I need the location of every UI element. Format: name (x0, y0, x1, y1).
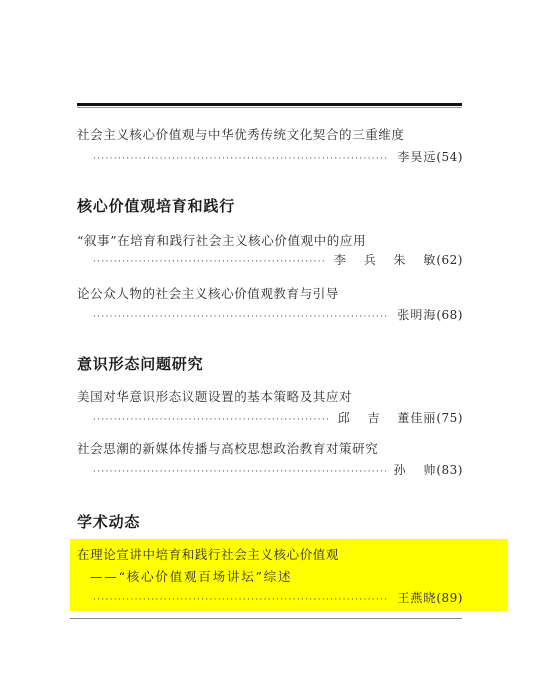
footer-rule (70, 618, 462, 619)
toc-entry-title: 社会主义核心价值观与中华优秀传统文化契合的三重维度 (77, 125, 405, 143)
toc-entry-title: 论公众人物的社会主义核心价值观教育与引导 (77, 284, 339, 302)
toc-entry-subtitle: ——“核心价值观百场讲坛”综述 (90, 567, 292, 585)
toc-entry-leader-row: ········································… (93, 251, 463, 268)
toc-entry-title: 美国对华意识形态议题设置的基本策略及其应对 (77, 387, 352, 405)
toc-entry-author: 孙 帅 (394, 461, 437, 478)
section-heading: 学术动态 (77, 511, 140, 532)
toc-entry-page: (75) (436, 411, 463, 425)
toc-entry-page: (89) (436, 591, 463, 605)
toc-entry-author: 邱 吉 董佳丽 (338, 409, 437, 426)
dot-leader: ········································… (93, 312, 389, 322)
toc-entry-page: (54) (436, 150, 463, 164)
toc-entry-page: (62) (436, 253, 463, 267)
toc-entry-leader-row: ········································… (93, 589, 463, 606)
toc-entry-page: (83) (436, 463, 463, 477)
header-rule-thin (77, 107, 462, 108)
header-rule-thick (77, 103, 462, 106)
toc-entry-leader-row: ········································… (93, 409, 463, 426)
toc-entry-page: (68) (436, 308, 463, 322)
toc-entry-author: 李昊远 (397, 148, 436, 165)
section-heading: 核心价值观培育和践行 (77, 195, 235, 216)
dot-leader: ········································… (93, 467, 386, 477)
dot-leader: ········································… (93, 595, 389, 605)
toc-entry-leader-row: ········································… (93, 148, 463, 165)
section-heading: 意识形态问题研究 (77, 353, 203, 374)
toc-entry-leader-row: ········································… (93, 306, 463, 323)
toc-entry-author: 李 兵 朱 敏 (334, 251, 436, 268)
toc-entry-title: 社会思潮的新媒体传播与高校思想政治教育对策研究 (77, 439, 378, 457)
toc-entry-author: 王燕晓 (397, 589, 436, 606)
dot-leader: ········································… (93, 154, 389, 164)
dot-leader: ········································… (93, 257, 326, 267)
toc-entry-title: 在理论宣讲中培育和践行社会主义核心价值观 (77, 545, 339, 563)
toc-entry-title: “叙事”在培育和践行社会主义核心价值观中的应用 (77, 231, 366, 249)
dot-leader: ········································… (93, 415, 330, 425)
toc-entry-author: 张明海 (397, 306, 436, 323)
toc-entry-leader-row: ········································… (93, 461, 463, 478)
